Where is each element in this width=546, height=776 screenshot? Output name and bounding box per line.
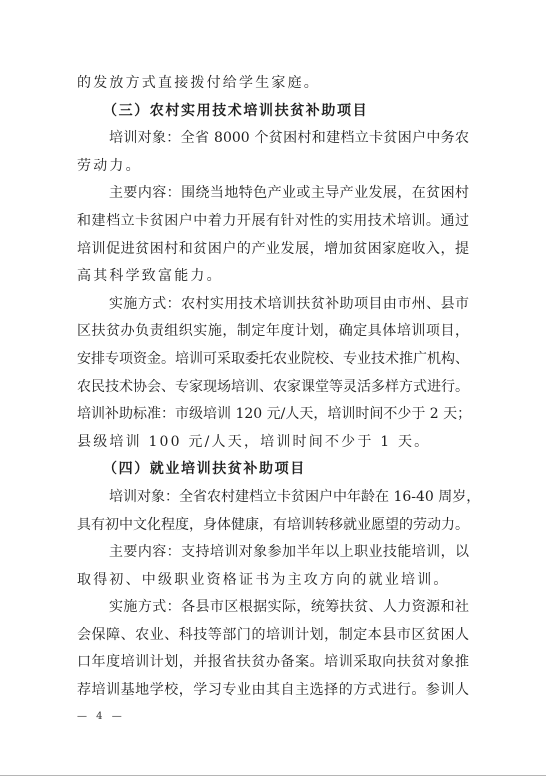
- text-line: 的发放方式直接拨付给学生家庭。: [77, 70, 469, 98]
- text-line: 劳动力。: [77, 153, 469, 181]
- text-line: 实施方式：农村实用技术培训扶贫补助项目由市州、县市: [77, 291, 469, 319]
- text-line: 区扶贫办负责组织实施，制定年度计划，确定具体培训项目，: [77, 318, 469, 346]
- text-line: 和建档立卡贫困户中着力开展有针对性的实用技术培训。通过: [77, 208, 469, 236]
- text-line: 荐培训基地学校，学习专业由其自主选择的方式进行。参训人: [77, 677, 469, 705]
- text-line: 取得初、中级职业资格证书为主攻方向的就业培训。: [77, 567, 469, 595]
- text-line: 口年度培训计划，并报省扶贫办备案。培训采取向扶贫对象推: [77, 649, 469, 677]
- text-line: 主要内容：围绕当地特色产业或主导产业发展，在贫困村: [77, 180, 469, 208]
- document-page: 的发放方式直接拨付给学生家庭。 （三）农村实用技术培训扶贫补助项目 培训对象：全…: [77, 70, 469, 729]
- section-heading-4: （四）就业培训扶贫补助项目: [77, 456, 469, 484]
- text-line: 培训补助标准：市级培训 120 元/人天，培训时间不少于 2 天；: [77, 401, 469, 429]
- text-line: 具有初中文化程度，身体健康，有培训转移就业愿望的劳动力。: [77, 512, 469, 540]
- text-line: 培训促进贫困村和贫困户的产业发展，增加贫困家庭收入，提: [77, 236, 469, 264]
- text-line: 农民技术协会、专家现场培训、农家课堂等灵活多样方式进行。: [77, 374, 469, 402]
- text-line: 高其科学致富能力。: [77, 263, 469, 291]
- text-line: 实施方式：各县市区根据实际，统筹扶贫、人力资源和社: [77, 594, 469, 622]
- text-line: 县级培训 100 元/人天，培训时间不少于 1 天。: [77, 429, 469, 457]
- section-heading-3: （三）农村实用技术培训扶贫补助项目: [77, 98, 469, 126]
- page-number: — 4 —: [77, 705, 469, 729]
- text-line: 主要内容：支持培训对象参加半年以上职业技能培训，以: [77, 539, 469, 567]
- text-line: 会保障、农业、科技等部门的培训计划，制定本县市区贫困人: [77, 622, 469, 650]
- text-line: 培训对象：全省农村建档立卡贫困户中年龄在 16-40 周岁，: [77, 484, 469, 512]
- text-line: 安排专项资金。培训可采取委托农业院校、专业技术推广机构、: [77, 346, 469, 374]
- text-line: 培训对象：全省 8000 个贫困村和建档立卡贫困户中务农: [77, 125, 469, 153]
